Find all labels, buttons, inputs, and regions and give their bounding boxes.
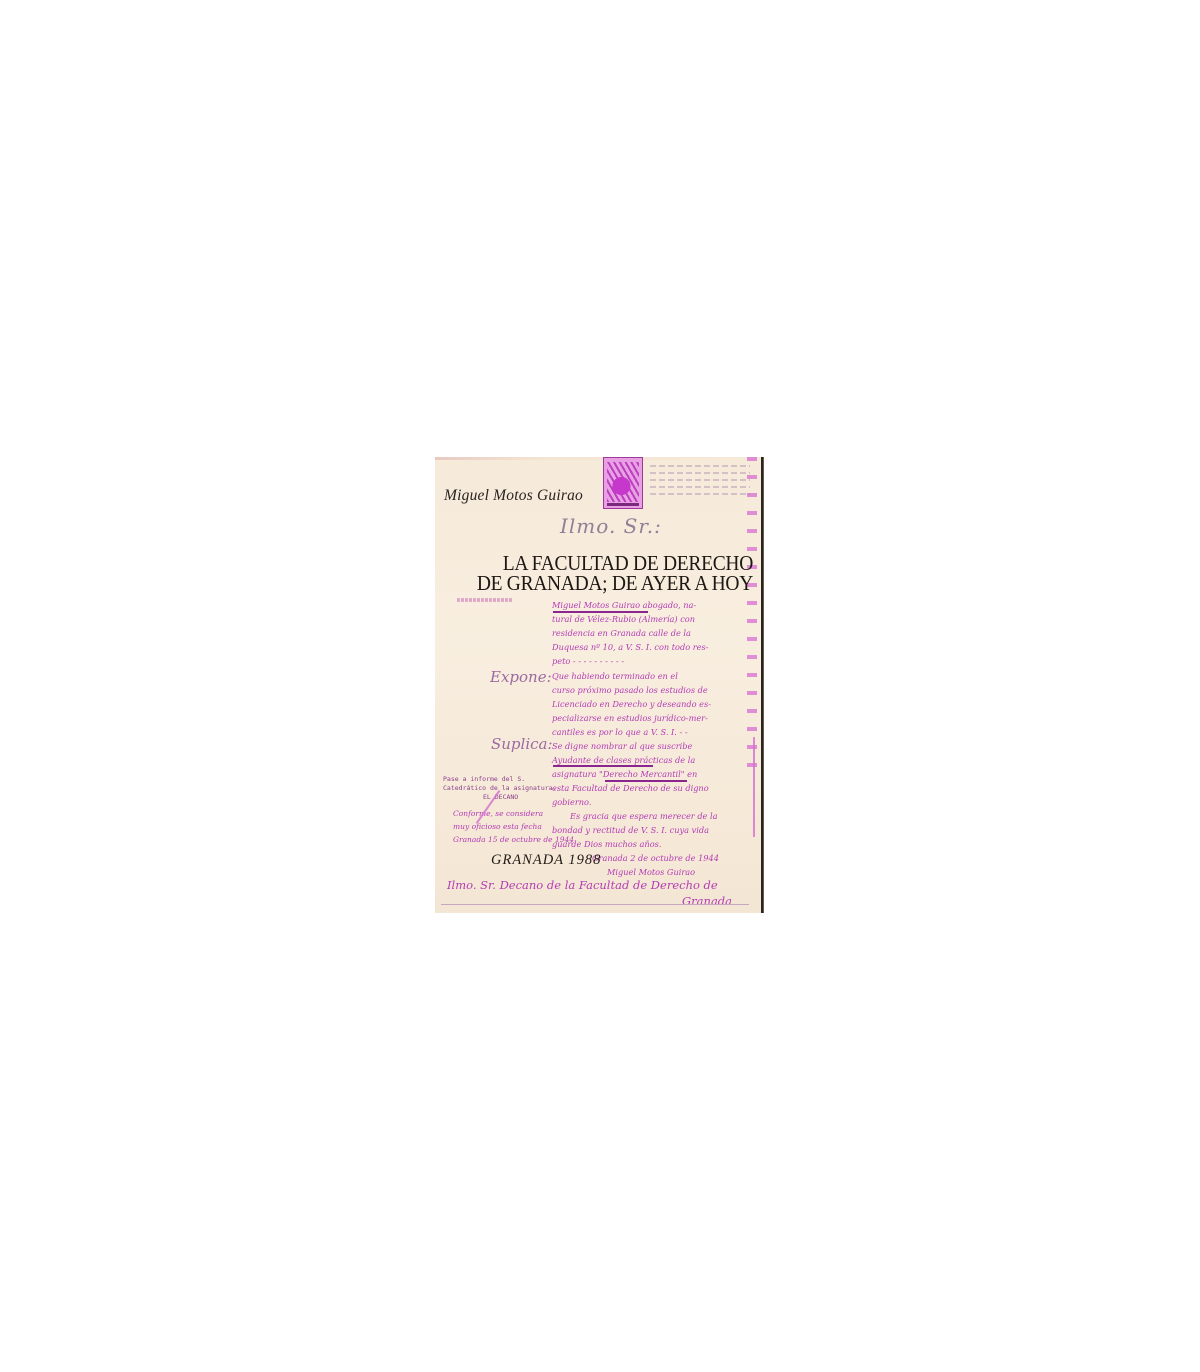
book-title-line-1: LA FACULTAD DE DERECHO — [443, 554, 753, 574]
margin-hand-line: Granada 15 de octubre de 1944 — [453, 833, 563, 846]
book-title: LA FACULTAD DE DERECHO DE GRANADA; DE AY… — [443, 554, 753, 594]
manuscript-intro: Miguel Motos Guirao abogado, na- tural d… — [552, 598, 757, 668]
author-name: Miguel Motos Guirao — [444, 487, 583, 505]
margin-hand-line: muy oficioso esta fecha — [453, 820, 563, 833]
postage-stamp — [603, 457, 643, 509]
addressee-line: Granada — [447, 893, 732, 909]
manuscript-line: Es gracia que espera merecer de la — [552, 809, 757, 823]
manuscript-line: tural de Vélez-Rubio (Almería) con — [552, 612, 757, 626]
manuscript-line: guarde Dios muchos años. — [552, 837, 757, 851]
manuscript-line: Se digne nombrar al que suscribe — [552, 739, 757, 753]
expone-label: Expone: — [490, 670, 552, 684]
imprint-place-year: GRANADA 1988 — [491, 852, 601, 869]
addressee-line: Ilmo. Sr. Decano de la Facultad de Derec… — [447, 877, 732, 893]
name-underline — [553, 611, 648, 613]
book-cover: Miguel Motos Guirao Ilmo. Sr.: LA FACULT… — [435, 457, 761, 913]
suplica-label: Suplica: — [491, 737, 553, 751]
manuscript-line: Que habiendo terminado en el — [552, 669, 757, 683]
margin-note-line: Pase a informe del S. — [443, 775, 557, 784]
margin-hand-line: Conforme, se considera — [453, 807, 563, 820]
manuscript-line: Duquesa nº 10, a V. S. I. con todo res- — [552, 640, 757, 654]
manuscript-line: esta Facultad de Derecho de su digno — [552, 781, 757, 795]
manuscript-expone: Que habiendo terminado en el curso próxi… — [552, 669, 757, 739]
manuscript-line: Licenciado en Derecho y deseando es- — [552, 697, 757, 711]
manuscript-line: gobierno. — [552, 795, 757, 809]
margin-handwritten-note: Conforme, se considera muy oficioso esta… — [453, 807, 563, 846]
stamp-band — [607, 503, 639, 506]
stamp-illustration — [607, 462, 639, 502]
bottom-rule — [441, 904, 749, 905]
manuscript-line: pecializarse en estudios jurídico-mer- — [552, 711, 757, 725]
manuscript-line: residencia en Granada calle de la — [552, 626, 757, 640]
right-margin-ink — [753, 737, 755, 837]
manuscript-line: peto - - - - - - - - - - — [552, 654, 757, 668]
small-subtitle-illegible — [457, 598, 512, 602]
manuscript-line: curso próximo pasado los estudios de — [552, 683, 757, 697]
book-title-line-2: DE GRANADA; DE AYER A HOY — [443, 574, 753, 594]
manuscript-line: Miguel Motos Guirao abogado, na- — [552, 598, 757, 612]
manuscript-line: cantiles es por lo que a V. S. I. - - — [552, 725, 757, 739]
ayudante-underline — [553, 765, 653, 767]
margin-note-line: EL DECANO — [443, 793, 557, 802]
manuscript-salutation: Ilmo. Sr.: — [560, 519, 662, 533]
manuscript-line: asignatura "Derecho Mercantil" en — [552, 767, 757, 781]
margin-typed-note: Pase a informe del S. Catedrático de la … — [443, 775, 557, 802]
asignatura-underline — [605, 780, 687, 782]
manuscript-line: bondad y rectitud de V. S. I. cuya vida — [552, 823, 757, 837]
typed-letterhead-lines — [650, 461, 750, 521]
